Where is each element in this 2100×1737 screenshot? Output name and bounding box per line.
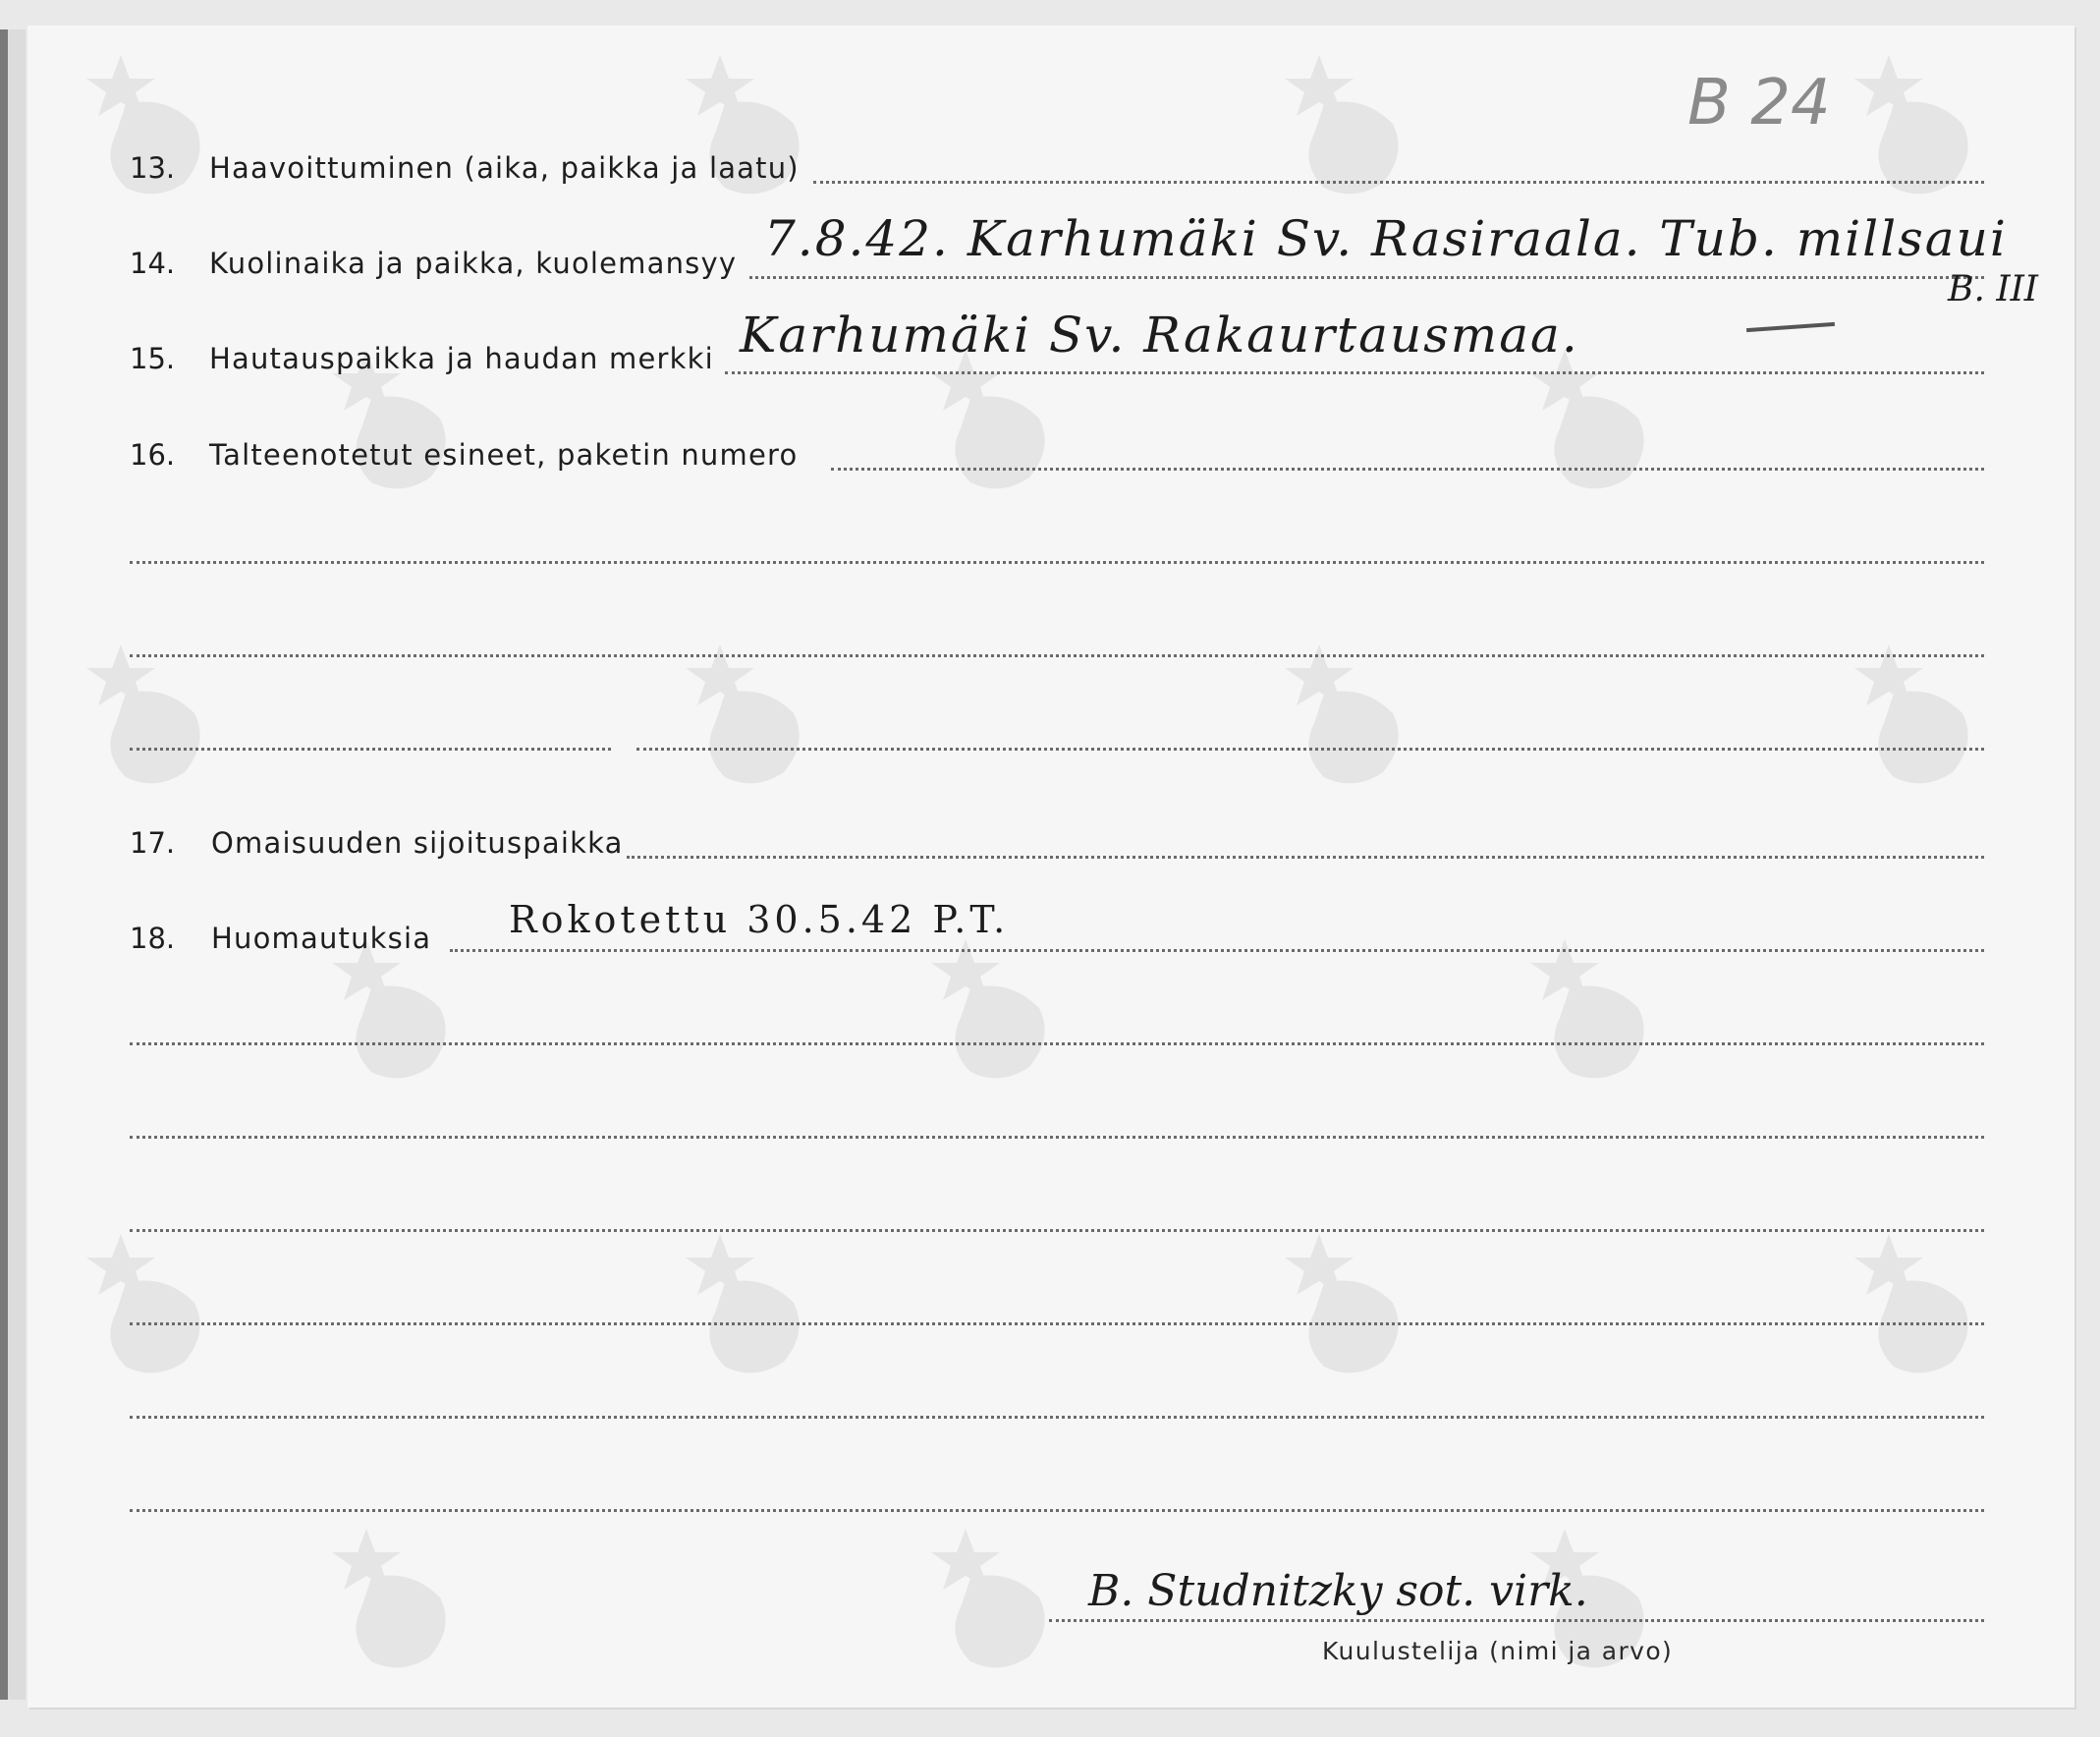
signature-line[interactable] — [1049, 1619, 1984, 1622]
field-16-number: 16. — [130, 438, 175, 472]
field-16-continuation-line-3a[interactable] — [130, 748, 611, 751]
remarks-line-4[interactable] — [130, 1322, 1984, 1325]
field-15-number: 15. — [130, 342, 175, 375]
remarks-line-6[interactable] — [130, 1509, 1984, 1512]
field-15-label: Hautauspaikka ja haudan merkki — [209, 342, 714, 375]
star-emblem-watermark-icon — [1285, 1234, 1412, 1381]
field-15-value: Karhumäki Sv. Rakaurtausmaa. — [740, 307, 1579, 364]
field-17-label: Omaisuuden sijoituspaikka — [211, 826, 624, 860]
star-emblem-watermark-icon — [86, 1234, 214, 1381]
signature-caption: Kuulustelija (nimi ja arvo) — [1322, 1637, 1673, 1665]
remarks-line-5[interactable] — [130, 1416, 1984, 1419]
star-emblem-watermark-icon — [1854, 644, 1982, 792]
field-13-number: 13. — [130, 151, 175, 185]
field-16-continuation-line-3b[interactable] — [636, 748, 1984, 751]
star-emblem-watermark-icon — [332, 1529, 460, 1676]
remarks-line-1[interactable] — [130, 1042, 1984, 1045]
field-14-number: 14. — [130, 247, 175, 280]
field-17-number: 17. — [130, 826, 175, 860]
field-18-label: Huomautuksia — [211, 922, 431, 955]
field-15-input-line[interactable] — [725, 371, 1984, 374]
record-card: B 24 13. Haavoittuminen (aika, paikka ja… — [28, 26, 2074, 1708]
field-18-number: 18. — [130, 922, 175, 955]
field-16-label: Talteenotetut esineet, paketin numero — [209, 438, 798, 472]
field-18-value: Rokotettu 30.5.42 P.T. — [509, 898, 1009, 941]
field-18-input-line[interactable] — [450, 949, 1984, 952]
margin-note: B. III — [1948, 269, 2038, 309]
field-16-continuation-line-2[interactable] — [130, 654, 1984, 657]
field-14-input-line[interactable] — [749, 276, 1984, 279]
field-14-value: 7.8.42. Karhumäki Sv. Rasiraala. Tub. mi… — [764, 210, 2008, 267]
reference-mark: B 24 — [1687, 67, 1831, 140]
field-14-label: Kuolinaika ja paikka, kuolemansyy — [209, 247, 737, 280]
remarks-line-2[interactable] — [130, 1136, 1984, 1139]
field-16-input-line[interactable] — [831, 468, 1984, 471]
scan-edge — [0, 29, 8, 1700]
field-13-input-line[interactable] — [813, 181, 1984, 184]
field-17-input-line[interactable] — [627, 856, 1984, 859]
star-emblem-watermark-icon — [86, 644, 214, 792]
remarks-line-3[interactable] — [130, 1229, 1984, 1232]
star-emblem-watermark-icon — [686, 1234, 813, 1381]
star-emblem-watermark-icon — [686, 644, 813, 792]
star-emblem-watermark-icon — [1530, 939, 1658, 1087]
dash-mark — [1746, 322, 1835, 332]
star-emblem-watermark-icon — [931, 939, 1059, 1087]
scan-edge-shadow — [8, 29, 26, 1700]
signature-value: B. Studnitzky sot. virk. — [1088, 1566, 1588, 1616]
star-emblem-watermark-icon — [931, 1529, 1059, 1676]
star-emblem-watermark-icon — [1285, 644, 1412, 792]
star-emblem-watermark-icon — [1854, 1234, 1982, 1381]
field-16-continuation-line-1[interactable] — [130, 561, 1984, 564]
field-13-label: Haavoittuminen (aika, paikka ja laatu) — [209, 151, 800, 185]
star-emblem-watermark-icon — [332, 939, 460, 1087]
